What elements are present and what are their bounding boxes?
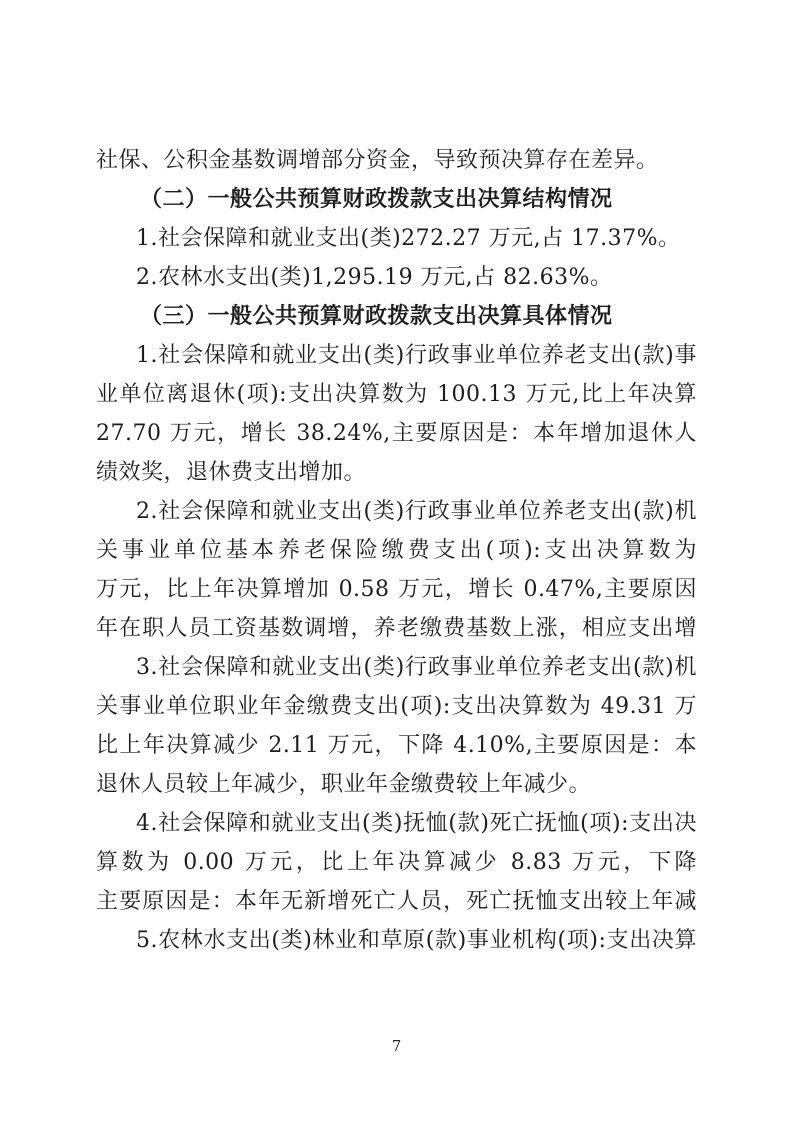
text-line: 万元，比上年决算增加 0.58 万元，增长 0.47%,主要原因是：本 xyxy=(96,570,697,609)
text-line: 1.社会保障和就业支出(类)行政事业单位养老支出(款)事 xyxy=(96,336,697,375)
section-heading-2: （二）一般公共预算财政拨款支出决算结构情况 xyxy=(96,180,697,219)
text-line: 1.社会保障和就业支出(类)272.27 万元,占 17.37%。 xyxy=(96,219,697,258)
text-line: 退休人员较上年减少，职业年金缴费较上年减少。 xyxy=(96,765,697,804)
document-page: 社保、公积金基数调增部分资金，导致预决算存在差异。 （二）一般公共预算财政拨款支… xyxy=(0,0,793,1122)
text-line: 27.70 万元，增长 38.24%,主要原因是：本年增加退休人员基础 xyxy=(96,414,697,453)
text-line: 业单位离退休(项):支出决算数为 100.13 万元,比上年决算增加 xyxy=(96,375,697,414)
text-line: 算数为 0.00 万元，比上年决算减少 8.83 万元，下降 100.00%, xyxy=(96,843,697,882)
text-line: 主要原因是：本年无新增死亡人员，死亡抚恤支出较上年减少。 xyxy=(96,882,697,921)
text-line: 关事业单位职业年金缴费支出(项):支出决算数为 49.31 万元， xyxy=(96,687,697,726)
text-line: 2.农林水支出(类)1,295.19 万元,占 82.63%。 xyxy=(96,258,697,297)
text-line: 绩效奖，退休费支出增加。 xyxy=(96,453,697,492)
text-line: 3.社会保障和就业支出(类)行政事业单位养老支出(款)机 xyxy=(96,648,697,687)
page-number: 7 xyxy=(0,1036,793,1056)
text-line: 2.社会保障和就业支出(类)行政事业单位养老支出(款)机 xyxy=(96,492,697,531)
text-line: 5.农林水支出(类)林业和草原(款)事业机构(项):支出决算 xyxy=(96,921,697,960)
text-line: 年在职人员工资基数调增，养老缴费基数上涨，相应支出增加。 xyxy=(96,609,697,648)
text-line: 社保、公积金基数调增部分资金，导致预决算存在差异。 xyxy=(96,141,697,180)
page-body: 社保、公积金基数调增部分资金，导致预决算存在差异。 （二）一般公共预算财政拨款支… xyxy=(96,141,697,960)
section-heading-3: （三）一般公共预算财政拨款支出决算具体情况 xyxy=(96,297,697,336)
text-line: 比上年决算减少 2.11 万元，下降 4.10%,主要原因是：本年新增 xyxy=(96,726,697,765)
text-line: 4.社会保障和就业支出(类)抚恤(款)死亡抚恤(项):支出决 xyxy=(96,804,697,843)
text-line: 关事业单位基本养老保险缴费支出(项):支出决算数为 122.83 xyxy=(96,531,697,570)
